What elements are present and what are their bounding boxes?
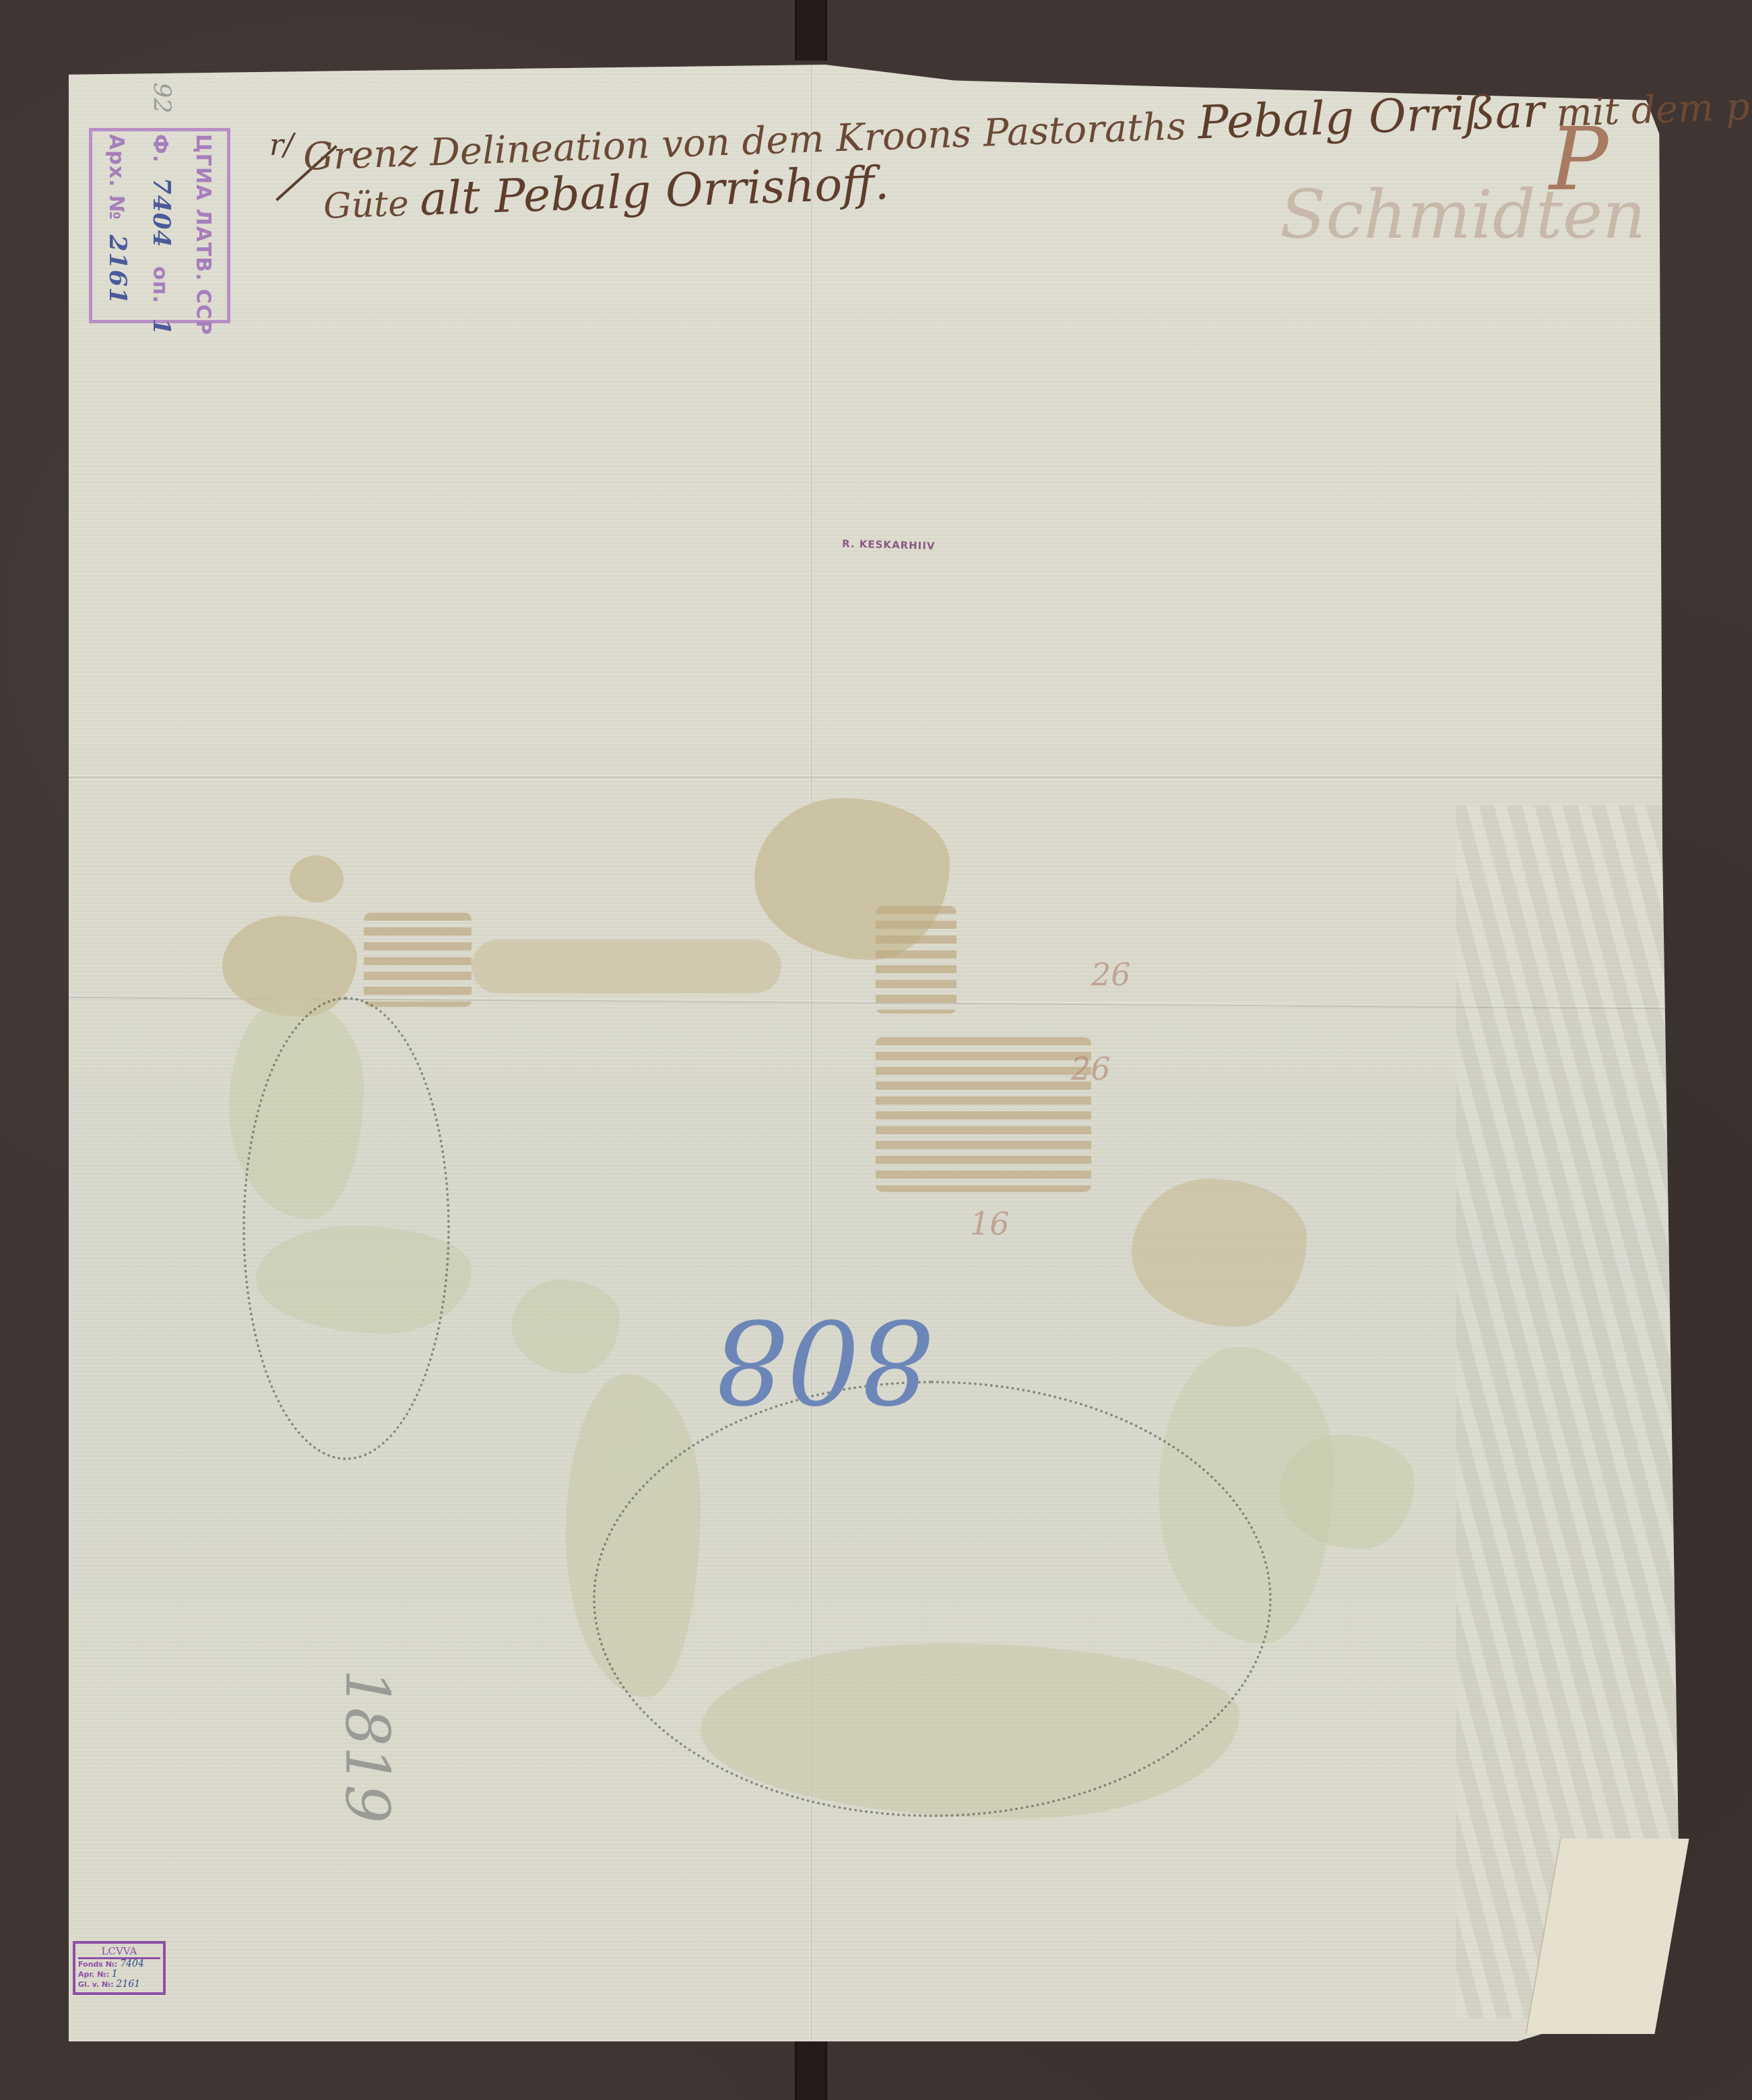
archive-stamp-cyrillic: ЦГИА ЛАТВ. ССР Ф. 7404 оп. 1 Арх. № 2161 <box>89 128 230 323</box>
faint-number: 26 <box>1071 1051 1111 1087</box>
map-hatched-area <box>876 906 956 1014</box>
map-region-shape <box>290 855 344 903</box>
stamp-row-fonds: Fonds №: 7404 <box>78 1959 160 1969</box>
archive-stamp-keskarhiiv: R. KESKARHIIV <box>842 537 936 552</box>
stamp-head: LCVVA <box>78 1945 160 1959</box>
map-hatched-area <box>364 913 472 1007</box>
handwritten-mark: r/ <box>269 128 294 162</box>
stamp-fond-row: Ф. 7404 оп. 1 <box>148 134 176 317</box>
stamp-institution: ЦГИА ЛАТВ. ССР <box>192 134 216 317</box>
pencil-year: 1819 <box>331 1669 402 1823</box>
binding-spine-top <box>795 0 827 61</box>
pencil-folio-number: 92 <box>148 83 176 114</box>
faint-number: 26 <box>1091 956 1131 993</box>
map-river-shape <box>472 940 781 993</box>
map-boundary-dots <box>593 1381 1272 1817</box>
binding-spine-bottom <box>795 2041 827 2100</box>
map-hatched-area <box>876 1037 1091 1192</box>
blue-ink-number: 808 <box>714 1293 932 1426</box>
stamp-archive-row: Арх. № 2161 <box>104 134 133 317</box>
map-boundary-dots <box>242 997 450 1460</box>
bleed-through-text: Schmidten <box>1280 175 1646 254</box>
stamp-row-gl: Gl. v. №: 2161 <box>78 1979 160 1990</box>
fold-line <box>69 775 1679 778</box>
faint-number: 16 <box>970 1206 1010 1242</box>
stamp-archive-value: 2161 <box>104 234 133 304</box>
stamp-fond-value: 7404 <box>148 178 176 248</box>
stamp-opis-value: 1 <box>148 318 176 335</box>
archive-stamp-lcvva: LCVVA Fonds №: 7404 Apr. №: 1 Gl. v. №: … <box>73 1941 166 1995</box>
stamp-row-apr: Apr. №: 1 <box>78 1969 160 1979</box>
crumpled-area <box>1456 806 1679 2018</box>
